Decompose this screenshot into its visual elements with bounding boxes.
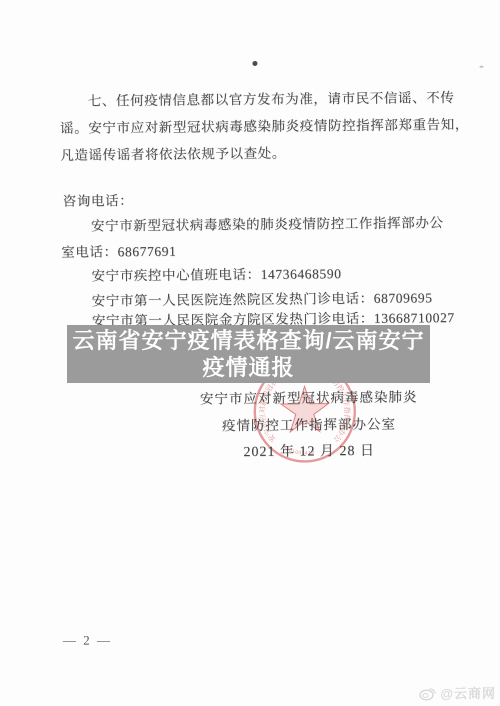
overlay-title-line-2: 疫情通报 (202, 354, 294, 381)
signature-org-line-2: 疫情防控工作指挥部办公室 (222, 413, 396, 435)
hotline-line-1: 安宁市新型冠状病毒感染的肺炎疫情防控工作指挥部办公 (91, 211, 444, 234)
notice-line-2: 谣。安宁市应对新型冠状病毒感染肺炎疫情防控指挥部郑重告知， (60, 113, 469, 137)
scanned-notice-screenshot: 七、任何疫情信息都以官方发布为准，请市民不信谣、不传 谣。安宁市应对新型冠状病毒… (0, 0, 500, 706)
hotline-heading: 咨询电话： (63, 189, 134, 210)
page-number: — 2 — (63, 632, 112, 648)
watermark: @云商网 (418, 683, 496, 702)
notice-line-1: 七、任何疫情信息都以官方发布为准，请市民不信谣、不传 (88, 86, 455, 110)
overlay-title-banner: 云南省安宁疫情表格查询/云南安宁 疫情通报 (67, 325, 430, 383)
scan-speck (252, 61, 257, 66)
watermark-handle: @云商网 (440, 683, 496, 702)
weibo-icon (418, 685, 438, 701)
hotline-line-3: 安宁市疾控中心值班电话：14736468590 (91, 262, 341, 284)
overlay-title-line-1: 云南省安宁疫情表格查询/云南安宁 (72, 327, 424, 354)
signature-org-line-1: 安宁市应对新型冠状病毒感染肺炎 (200, 385, 418, 407)
notice-line-3: 凡造谣传谣者将依法依规予以查处。 (60, 142, 286, 164)
signature-date: 2021 年 12 月 28 日 (243, 440, 375, 461)
scan-speck (479, 66, 483, 68)
hotline-line-2: 室电话：68677691 (61, 240, 176, 261)
